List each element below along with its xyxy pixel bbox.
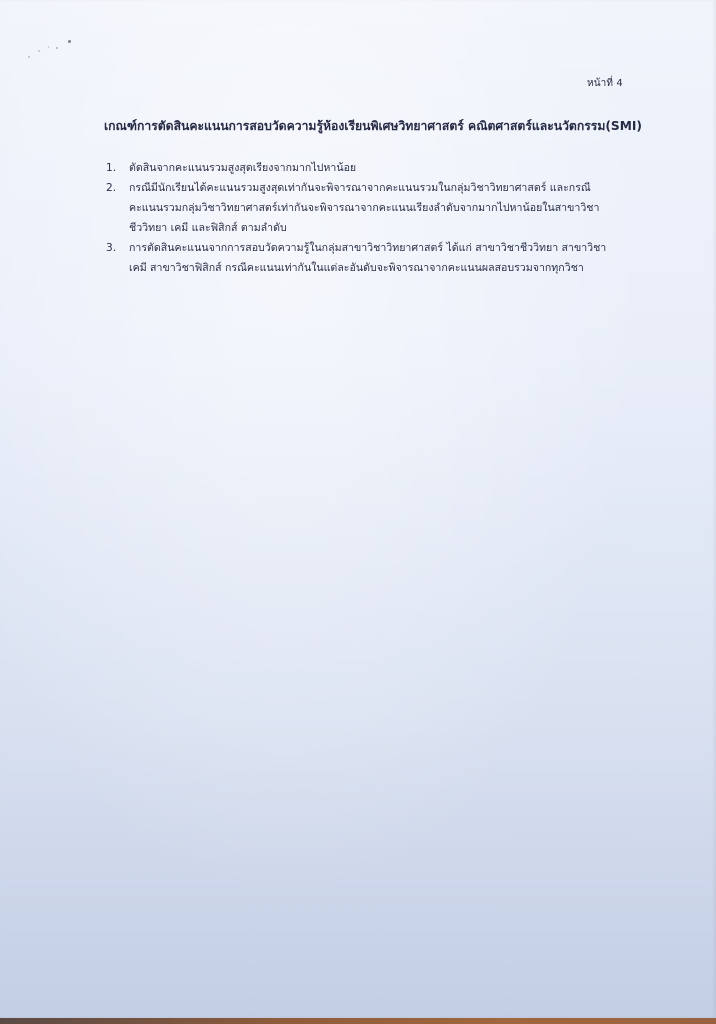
document-page: หน้าที่ 4 เกณฑ์การตัดสินคะแนนการสอบวัดคว… (0, 0, 716, 1018)
paper-specks (28, 38, 88, 68)
criteria-item: 1.ตัดสินจากคะแนนรวมสูงสุดเรียงจากมากไปหา… (106, 158, 666, 178)
criteria-text-line: ตัดสินจากคะแนนรวมสูงสุดเรียงจากมากไปหาน้… (129, 158, 666, 178)
criteria-item: 2.กรณีมีนักเรียนได้คะแนนรวมสูงสุดเท่ากัน… (106, 178, 666, 238)
criteria-number: 1. (106, 158, 116, 178)
criteria-text-line: ชีววิทยา เคมี และฟิสิกส์ ตามลำดับ (129, 218, 666, 238)
table-surface (0, 1018, 716, 1024)
page-number: หน้าที่ 4 (587, 76, 623, 91)
criteria-number: 2. (106, 178, 116, 198)
criteria-number: 3. (106, 238, 116, 258)
criteria-text-line: คะแนนรวมกลุ่มวิชาวิทยาศาสตร์เท่ากันจะพิจ… (129, 198, 666, 218)
document-title: เกณฑ์การตัดสินคะแนนการสอบวัดความรู้ห้องเ… (104, 117, 664, 136)
criteria-list: 1.ตัดสินจากคะแนนรวมสูงสุดเรียงจากมากไปหา… (106, 158, 666, 278)
criteria-text-line: การตัดสินคะแนนจากการสอบวัดความรู้ในกลุ่ม… (129, 238, 666, 258)
criteria-text-line: เคมี สาขาวิชาฟิสิกส์ กรณีคะแนนเท่ากันในแ… (129, 258, 666, 278)
criteria-item: 3.การตัดสินคะแนนจากการสอบวัดความรู้ในกลุ… (106, 238, 666, 278)
criteria-text-line: กรณีมีนักเรียนได้คะแนนรวมสูงสุดเท่ากันจะ… (129, 178, 666, 198)
